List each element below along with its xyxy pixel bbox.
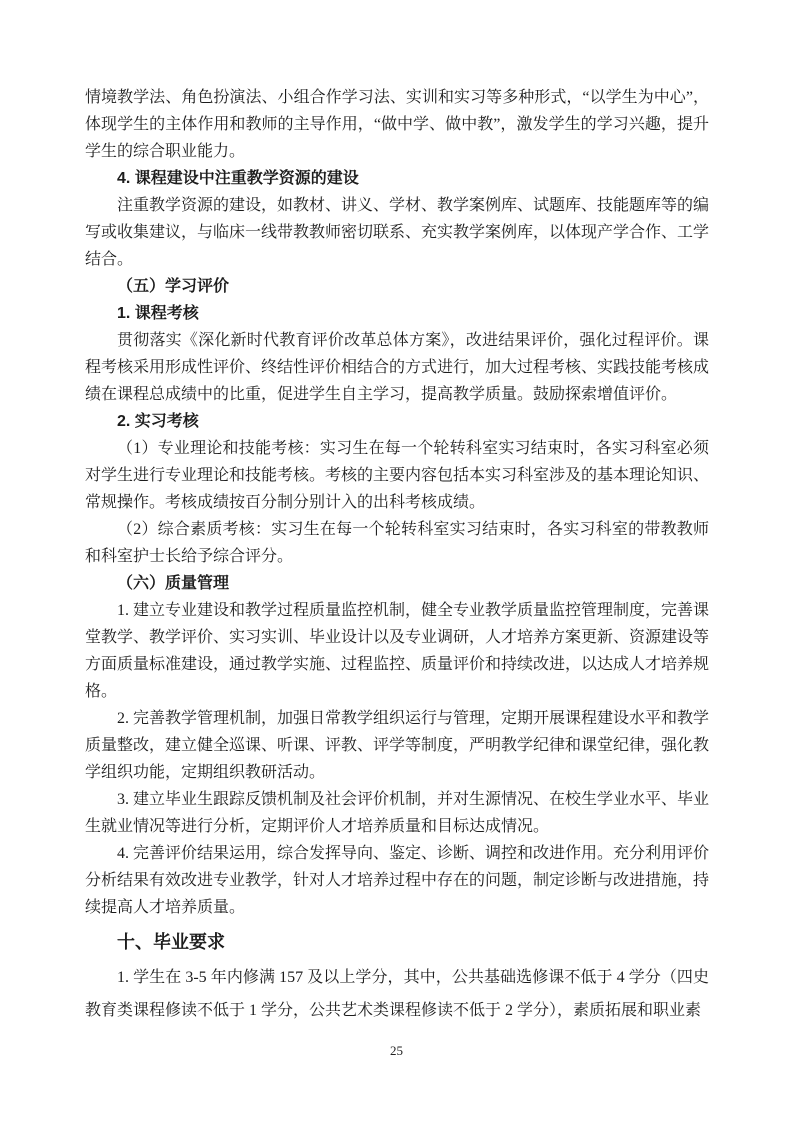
paragraph-internship-theory-skills: （1）专业理论和技能考核：实习生在每一个轮转科室实习结束时，各实习科室必须对学生… — [85, 435, 709, 516]
paragraph-evaluation-results: 4. 完善评价结果运用，综合发挥导向、鉴定、诊断、调控和改进作用。充分利用评价分… — [85, 840, 709, 921]
paragraph-graduate-feedback: 3. 建立毕业生跟踪反馈机制及社会评价机制，并对生源情况、在校生学业水平、毕业生… — [85, 786, 709, 840]
paragraph-quality-monitoring: 1. 建立专业建设和教学过程质量监控机制，健全专业教学质量监控管理制度，完善课堂… — [85, 597, 709, 705]
document-page: 情境教学法、角色扮演法、小组合作学习法、实训和实习等多种形式，“以学生为中心”，… — [0, 0, 793, 1122]
heading-course-resources: 4. 课程建设中注重教学资源的建设 — [85, 165, 709, 192]
paragraph-teaching-methods-continuation: 情境教学法、角色扮演法、小组合作学习法、实训和实习等多种形式，“以学生为中心”，… — [85, 84, 709, 165]
heading-section-6-quality-management: （六）质量管理 — [85, 570, 709, 597]
page-content: 情境教学法、角色扮演法、小组合作学习法、实训和实习等多种形式，“以学生为中心”，… — [85, 84, 709, 1027]
heading-course-assessment: 1. 课程考核 — [85, 300, 709, 327]
paragraph-course-assessment: 贯彻落实《深化新时代教育评价改革总体方案》，改进结果评价，强化过程评价。课程考核… — [85, 327, 709, 408]
paragraph-internship-comprehensive: （2）综合素质考核：实习生在每一个轮转科室实习结束时，各实习科室的带教教师和科室… — [85, 516, 709, 570]
paragraph-course-resources: 注重教学资源的建设，如教材、讲义、学材、教学案例库、试题库、技能题库等的编写或收… — [85, 192, 709, 273]
heading-internship-assessment: 2. 实习考核 — [85, 408, 709, 435]
heading-graduation-requirements: 十、毕业要求 — [85, 928, 709, 956]
heading-section-5-learning-evaluation: （五）学习评价 — [85, 273, 709, 300]
paragraph-teaching-management: 2. 完善教学管理机制，加强日常教学组织运行与管理，定期开展课程建设水平和教学质… — [85, 705, 709, 786]
paragraph-graduation-credits: 1. 学生在 3-5 年内修满 157 及以上学分，其中，公共基础选修课不低于 … — [85, 961, 709, 1027]
page-number: 25 — [0, 1043, 793, 1059]
